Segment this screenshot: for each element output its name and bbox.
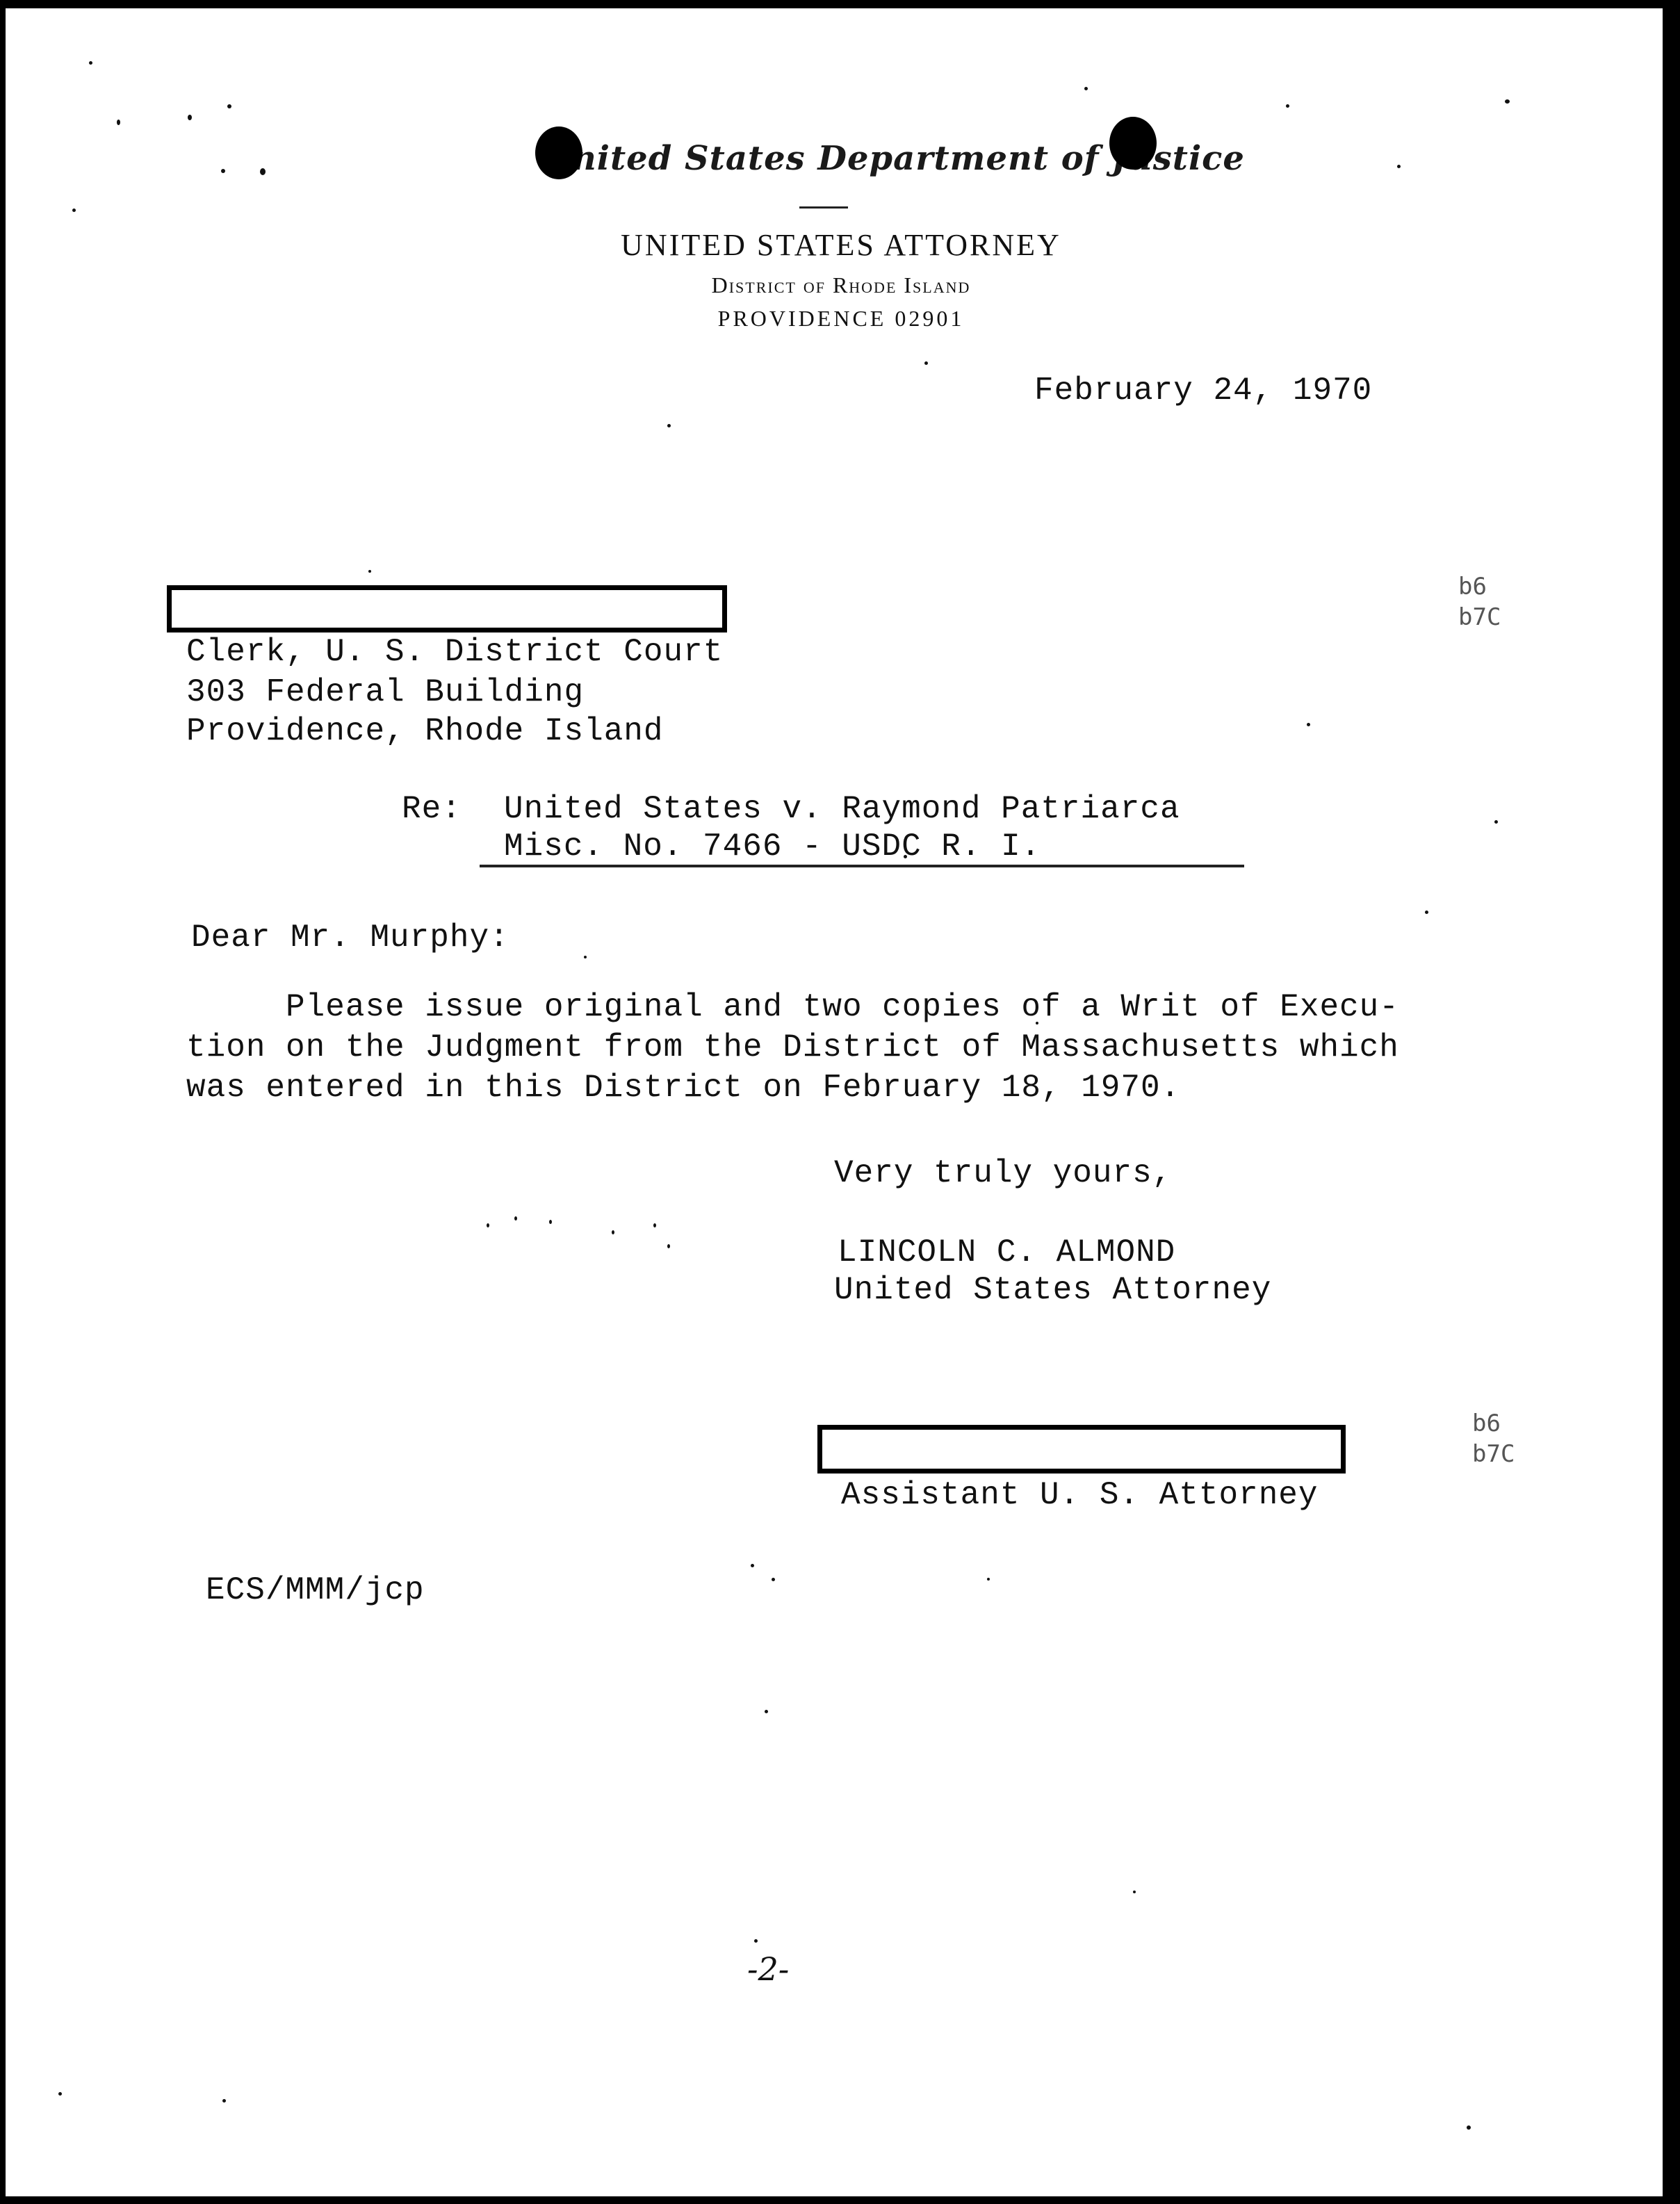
closing: Very truly yours, (834, 1155, 1172, 1191)
punch-hole-right (1109, 117, 1157, 170)
exemption-code: b7C (1472, 1439, 1515, 1469)
page-number: -2- (747, 1950, 789, 1988)
exemption-code: b6 (1472, 1408, 1501, 1439)
scan-border-bottom (0, 2196, 1680, 2204)
recipient-line: Providence, Rhode Island (186, 713, 664, 749)
letter-date: February 24, 1970 (1034, 373, 1372, 409)
body-line: tion on the Judgment from the District o… (186, 1027, 1399, 1068)
exemption-code: b6 (1458, 571, 1487, 602)
case-title: United States v. Raymond Patriarca (504, 791, 1180, 827)
scan-border-left (0, 0, 6, 2204)
department-name: United States Department of Justice (542, 139, 1140, 178)
redaction-box-assistant (817, 1425, 1346, 1474)
office-city: PROVIDENCE 02901 (514, 306, 1168, 332)
body-paragraph: Please issue original and two copies of … (186, 987, 1399, 1108)
signer-title: United States Attorney (834, 1272, 1271, 1308)
exemption-code: b7C (1458, 602, 1501, 632)
redaction-box-recipient (167, 585, 727, 632)
reference-underline (480, 865, 1244, 867)
punch-hole-left (535, 126, 582, 179)
signer-name: LINCOLN C. ALMOND (838, 1234, 1175, 1271)
scan-border-top (0, 0, 1680, 8)
salutation: Dear Mr. Murphy: (191, 920, 509, 956)
reference-label: Re: (402, 791, 462, 827)
recipient-line: Clerk, U. S. District Court (186, 634, 723, 670)
letterhead-rule (799, 206, 848, 209)
body-line: was entered in this District on February… (186, 1068, 1399, 1108)
assistant-title: Assistant U. S. Attorney (841, 1477, 1319, 1513)
body-line: Please issue original and two copies of … (186, 987, 1399, 1027)
typist-initials: ECS/MMM/jcp (206, 1572, 425, 1608)
case-number: Misc. No. 7466 - USDC R. I. (504, 828, 1041, 865)
scan-border-right (1663, 0, 1680, 2204)
office-title: UNITED STATES ATTORNEY (514, 227, 1168, 263)
recipient-line: 303 Federal Building (186, 674, 584, 710)
district-name: District of Rhode Island (514, 272, 1168, 298)
